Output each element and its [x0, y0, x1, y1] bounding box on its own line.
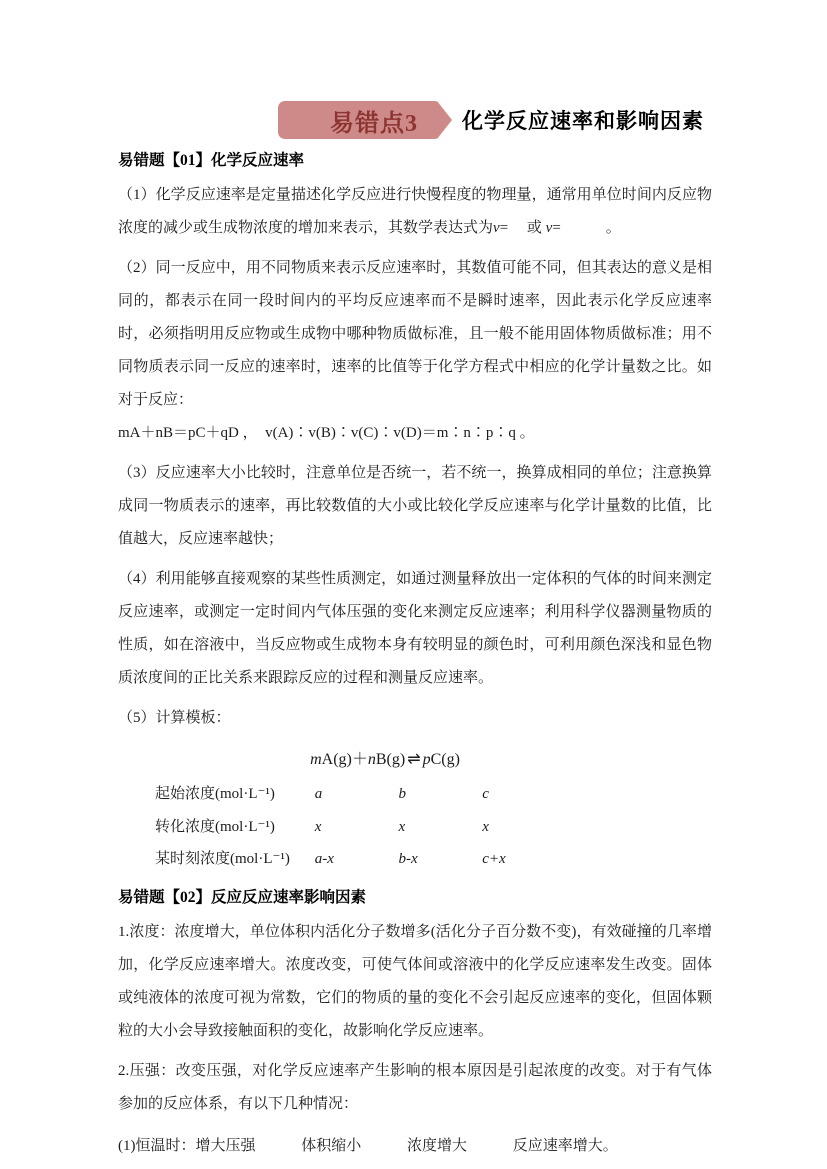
- case-item: 反应速率增大。: [513, 1138, 618, 1154]
- species-b: B(g): [376, 751, 405, 768]
- table-row-moment: 某时刻浓度(mol·L⁻¹) a-x b-x c+x: [155, 843, 712, 876]
- paragraph-2: （2）同一反应中，用不同物质来表示反应速率时，其数值可能不同，但其表达的意义是相…: [118, 252, 712, 417]
- table-row-initial: 起始浓度(mol·L⁻¹) a b c: [155, 778, 712, 811]
- badge-label: 易错点3: [330, 103, 418, 138]
- cell-value: b: [399, 778, 465, 811]
- page-title: 化学反应速率和影响因素: [462, 105, 704, 135]
- case-line-constant-temp: (1)恒温时：增大压强 体积缩小 浓度增大 反应速率增大。: [118, 1130, 712, 1163]
- paragraph-concentration: 1.浓度：浓度增大，单位体积内活化分子数增多(活化分子百分数不变)，有效碰撞的几…: [118, 916, 712, 1048]
- cell-value: a: [315, 778, 381, 811]
- cell-value: c+x: [482, 843, 548, 876]
- document-body: 易错题【01】化学反应速率 （1）化学反应速率是定量描述化学反应进行快慢程度的物…: [0, 150, 827, 1163]
- section2-heading: 易错题【02】反应反应速率影响因素: [118, 887, 712, 909]
- row-label: 转化浓度(mol·L⁻¹): [155, 811, 297, 844]
- row-label: 起始浓度(mol·L⁻¹): [155, 778, 297, 811]
- cell-value: x: [482, 811, 548, 844]
- paragraph-1-mid: = 或: [500, 220, 542, 236]
- cell-value: a-x: [315, 843, 381, 876]
- species-c: C(g): [431, 751, 460, 768]
- case-item: 浓度增大: [407, 1138, 467, 1154]
- paragraph-5: （5）计算模板：: [118, 702, 712, 735]
- document-page: 易错点3 化学反应速率和影响因素 易错题【01】化学反应速率 （1）化学反应速率…: [0, 0, 827, 1169]
- error-point-badge: 易错点3: [278, 101, 438, 139]
- variable-v1: v: [493, 220, 500, 236]
- section1-heading: 易错题【01】化学反应速率: [118, 150, 712, 172]
- coef-m: m: [310, 751, 322, 768]
- paragraph-1-end: = 。: [552, 220, 620, 236]
- paragraph-4: （4）利用能够直接观察的某些性质测定，如通过测量释放出一定体积的气体的时间来测定…: [118, 563, 712, 695]
- row-label: 某时刻浓度(mol·L⁻¹): [155, 843, 297, 876]
- equilibrium-arrow-icon: ⇌: [405, 743, 422, 776]
- paragraph-1-text: （1）化学反应速率是定量描述化学反应进行快慢程度的物理量，通常用单位时间内反应物…: [118, 187, 712, 236]
- cell-value: b-x: [399, 843, 465, 876]
- paragraph-pressure: 2.压强：改变压强，对化学反应速率产生影响的根本原因是引起浓度的改变。对于有气体…: [118, 1055, 712, 1121]
- coef-n: n: [368, 751, 376, 768]
- coef-p: p: [423, 751, 431, 768]
- cell-value: x: [399, 811, 465, 844]
- cell-value: x: [315, 811, 381, 844]
- table-row-converted: 转化浓度(mol·L⁻¹) x x x: [155, 811, 712, 844]
- case-item: (1)恒温时：增大压强: [118, 1138, 256, 1154]
- title-banner: 易错点3 化学反应速率和影响因素: [278, 101, 827, 139]
- species-a: A(g)＋: [322, 751, 368, 768]
- concentration-table: 起始浓度(mol·L⁻¹) a b c 转化浓度(mol·L⁻¹) x x x …: [155, 778, 712, 876]
- rate-ratio-formula: mA＋nB＝pC＋qD ， v(A)∶v(B)∶v(C)∶v(D)＝m∶n∶p∶…: [118, 417, 712, 450]
- case-item: 体积缩小: [301, 1138, 361, 1154]
- cell-value: c: [482, 778, 548, 811]
- paragraph-1: （1）化学反应速率是定量描述化学反应进行快慢程度的物理量，通常用单位时间内反应物…: [118, 179, 712, 245]
- paragraph-3: （3）反应速率大小比较时，注意单位是否统一，若不统一，换算成相同的单位；注意换算…: [118, 457, 712, 556]
- equilibrium-equation: mA(g)＋nB(g)⇌pC(g): [118, 743, 652, 776]
